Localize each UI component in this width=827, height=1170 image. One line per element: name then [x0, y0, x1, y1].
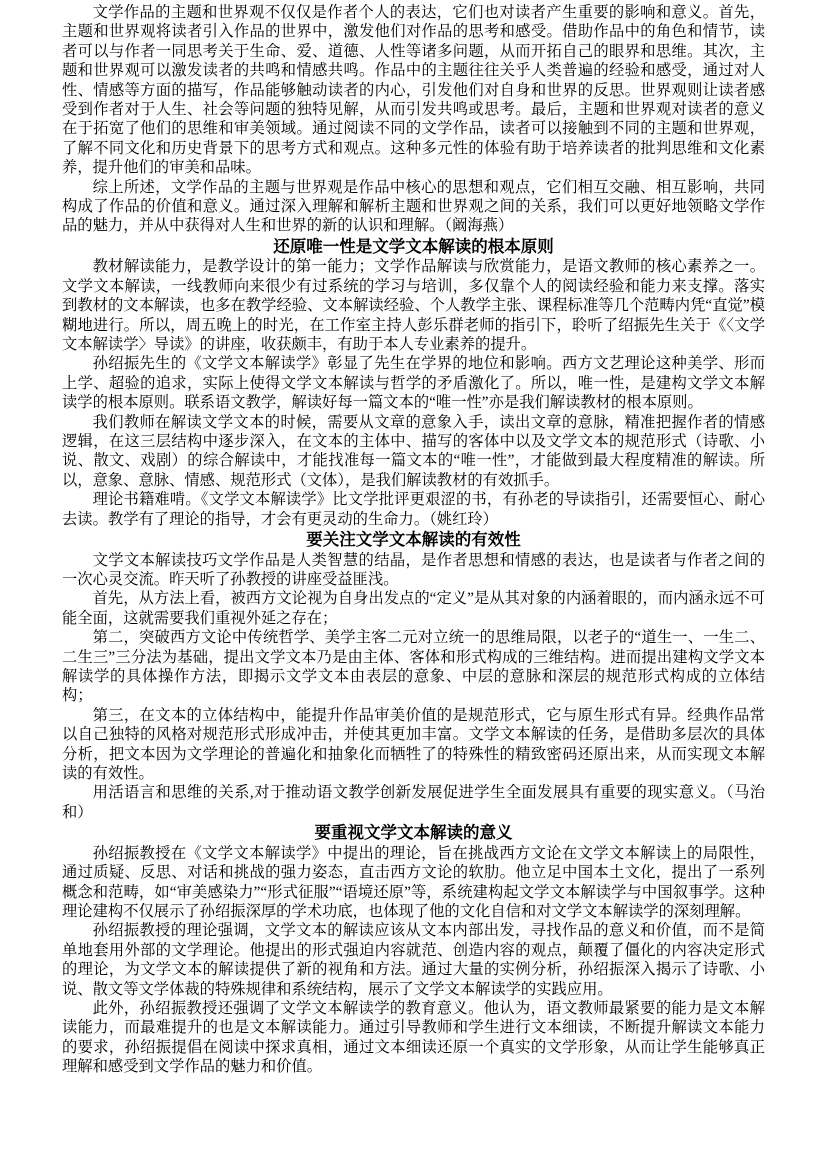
section-heading: 要关注文学文本解读的有效性	[62, 529, 765, 551]
paragraph: 此外，孙绍振教授还强调了文学文本解读学的教育意义。他认为，语文教师最紧要的能力是…	[62, 999, 765, 1077]
paragraph: 综上所述，文学作品的主题与世界观是作品中核心的思想和观点，它们相互交融、相互影响…	[62, 178, 765, 236]
paragraph: 教材解读能力，是教学设计的第一能力；文学作品解读与欣赏能力，是语文教师的核心素养…	[62, 257, 765, 354]
section-heading: 还原唯一性是文学文本解读的根本原则	[62, 236, 765, 258]
section-heading: 要重视文学文本解读的意义	[62, 822, 765, 844]
paragraph: 孙绍振先生的《文学文本解读学》彰显了先生在学界的地位和影响。西方文艺理论这种美学…	[62, 354, 765, 412]
paragraph: 第二，突破西方文论中传统哲学、美学主客二元对立统一的思维局限，以老子的“道生一、…	[62, 628, 765, 706]
paragraph: 孙绍振教授在《文学文本解读学》中提出的理论，旨在挑战西方文论在文学文本解读上的局…	[62, 844, 765, 922]
paragraph: 文学作品的主题和世界观不仅仅是作者个人的表达，它们也对读者产生重要的影响和意义。…	[62, 3, 765, 178]
document-page: 文学作品的主题和世界观不仅仅是作者个人的表达，它们也对读者产生重要的影响和意义。…	[0, 0, 827, 1170]
paragraph: 孙绍振教授的理论强调，文学文本的解读应该从文本内部出发，寻找作品的意义和价值，而…	[62, 921, 765, 999]
paragraph: 理论书籍难啃。《文学文本解读学》比文学批评更艰涩的书，有孙老的导读指引，还需要恒…	[62, 490, 765, 529]
paragraph: 用活语言和思维的关系,对于推动语文教学创新发展促进学生全面发展具有重要的现实意义…	[62, 783, 765, 822]
paragraph: 首先，从方法上看，被西方文论视为自身出发点的“定义”是从其对象的内涵着眼的，而内…	[62, 589, 765, 628]
paragraph: 我们教师在解读文学文本的时候，需要从文章的意象入手，读出文章的意脉，精准把握作者…	[62, 413, 765, 491]
paragraph: 第三，在文本的立体结构中，能提升作品审美价值的是规范形式，它与原生形式有异。经典…	[62, 706, 765, 784]
paragraph: 文学文本解读技巧文学作品是人类智慧的结晶，是作者思想和情感的表达，也是读者与作者…	[62, 551, 765, 590]
